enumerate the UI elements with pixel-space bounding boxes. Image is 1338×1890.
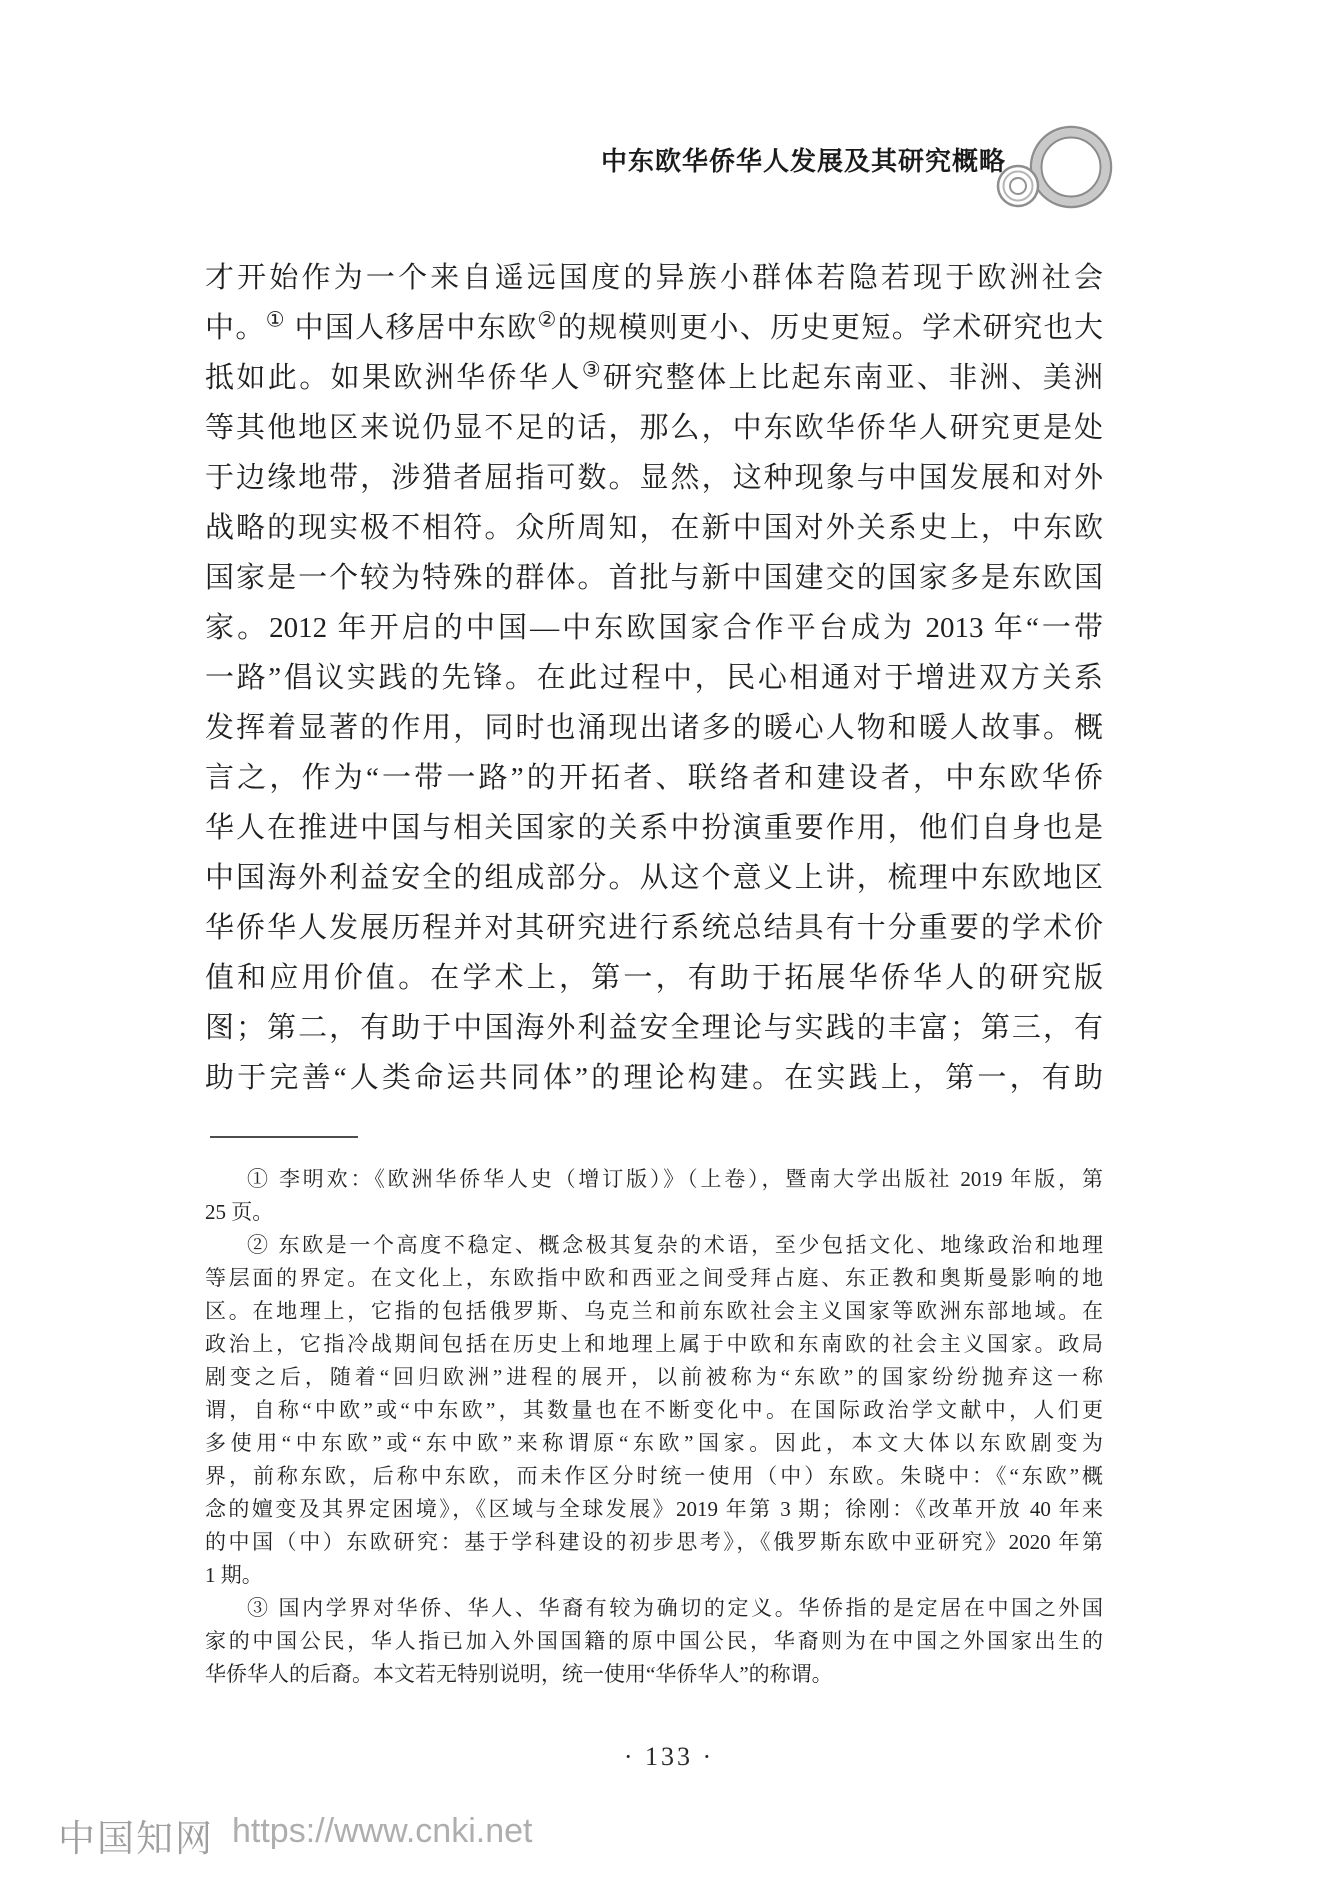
body-text-line: 助于完善“人类命运共同体”的理论构建。在实践上，第一，有助 (205, 1053, 1103, 1103)
footnote-marker: ② (538, 307, 558, 331)
decorative-circles-icon (985, 120, 1125, 225)
body-text-line: 发挥着显著的作用，同时也涌现出诸多的暖心人物和暖人故事。概 (205, 703, 1103, 753)
footnote-text-line: 谓，自称“中欧”或“中东欧”，其数量也在不断变化中。在国际政治学文献中，人们更 (205, 1394, 1103, 1427)
body-text-line: 才开始作为一个来自遥远国度的异族小群体若隐若现于欧洲社会 (205, 253, 1103, 303)
footnote-text-line: 的中国（中）东欧研究：基于学科建设的初步思考》，《俄罗斯东欧中亚研究》2020 … (205, 1526, 1103, 1559)
footnote-text-line: 华侨华人的后裔。本文若无特别说明，统一使用“华侨华人”的称谓。 (205, 1658, 1103, 1691)
footnote-marker: ① (266, 307, 286, 331)
footnote-text-line: 25 页。 (205, 1196, 1103, 1229)
footnote-text-line: 多使用“中东欧”或“东中欧”来称谓原“东欧”国家。因此，本文大体以东欧剧变为 (205, 1427, 1103, 1460)
footnote-1: ① 李明欢：《欧洲华侨华人史（增订版）》（上卷），暨南大学出版社 2019 年版… (205, 1163, 1103, 1229)
body-text-line: 一路”倡议实践的先锋。在此过程中，民心相通对于增进双方关系 (205, 653, 1103, 703)
body-text-line: 言之，作为“一带一路”的开拓者、联络者和建设者，中东欧华侨 (205, 753, 1103, 803)
page-header-title: 中东欧华侨华人发展及其研究概略 (601, 141, 1001, 178)
body-paragraph: 才开始作为一个来自遥远国度的异族小群体若隐若现于欧洲社会中。① 中国人移居中东欧… (205, 253, 1103, 1103)
body-text-line: 华人在推进中国与相关国家的关系中扮演重要作用，他们自身也是 (205, 803, 1103, 853)
footnote-text-line: 政治上，它指冷战期间包括在历史上和地理上属于中欧和东南欧的社会主义国家。政局 (205, 1328, 1103, 1361)
body-text-line: 中。① 中国人移居中东欧②的规模则更小、历史更短。学术研究也大 (205, 303, 1103, 353)
body-text-line: 图；第二，有助于中国海外利益安全理论与实践的丰富；第三，有 (205, 1003, 1103, 1053)
footnote-separator-rule (210, 1136, 358, 1138)
footnote-marker: ③ (582, 357, 603, 381)
footnote-3: ③ 国内学界对华侨、华人、华裔有较为确切的定义。华侨指的是定居在中国之外国家的中… (205, 1592, 1103, 1691)
footnote-text-line: 念的嬗变及其界定困境》，《区域与全球发展》2019 年第 3 期；徐刚：《改革开… (205, 1493, 1103, 1526)
footnote-text-line: 等层面的界定。在文化上，东欧指中欧和西亚之间受拜占庭、东正教和奥斯曼影响的地 (205, 1262, 1103, 1295)
footnote-text-line: 家的中国公民，华人指已加入外国国籍的原中国公民，华裔则为在中国之外国家出生的 (205, 1625, 1103, 1658)
document-page: 中东欧华侨华人发展及其研究概略 才开始作为一个来自遥远国度的异族小群体若隐若现于… (0, 0, 1338, 1890)
footnote-text-line: 区。在地理上，它指的包括俄罗斯、乌克兰和前东欧社会主义国家等欧洲东部地域。在 (205, 1295, 1103, 1328)
body-text-line: 抵如此。如果欧洲华侨华人③研究整体上比起东南亚、非洲、美洲 (205, 353, 1103, 403)
footnote-text-line: ① 李明欢：《欧洲华侨华人史（增订版）》（上卷），暨南大学出版社 2019 年版… (205, 1163, 1103, 1196)
body-text-line: 值和应用价值。在学术上，第一，有助于拓展华侨华人的研究版 (205, 953, 1103, 1003)
body-text-line: 中国海外利益安全的组成部分。从这个意义上讲，梳理中东欧地区 (205, 853, 1103, 903)
cnki-brand-label: 中国知网 (58, 1808, 214, 1862)
body-text-line: 于边缘地带，涉猎者屈指可数。显然，这种现象与中国发展和对外 (205, 453, 1103, 503)
cnki-url-link[interactable]: https://www.cnki.net (232, 1812, 532, 1851)
body-text-line: 战略的现实极不相符。众所周知，在新中国对外关系史上，中东欧 (205, 503, 1103, 553)
footnote-section: ① 李明欢：《欧洲华侨华人史（增订版）》（上卷），暨南大学出版社 2019 年版… (205, 1163, 1103, 1691)
body-text-line: 国家是一个较为特殊的群体。首批与新中国建交的国家多是东欧国 (205, 553, 1103, 603)
footnote-2: ② 东欧是一个高度不稳定、概念极其复杂的术语，至少包括文化、地缘政治和地理等层面… (205, 1229, 1103, 1592)
body-text-line: 等其他地区来说仍显不足的话，那么，中东欧华侨华人研究更是处 (205, 403, 1103, 453)
footnote-text-line: 界，前称东欧，后称中东欧，而未作区分时统一使用（中）东欧。朱晓中：《“东欧”概 (205, 1460, 1103, 1493)
body-text-line: 家。2012 年开启的中国—中东欧国家合作平台成为 2013 年“一带 (205, 603, 1103, 653)
page-number: · 133 · (0, 1742, 1338, 1772)
footnote-text-line: 1 期。 (205, 1559, 1103, 1592)
footnote-text-line: ③ 国内学界对华侨、华人、华裔有较为确切的定义。华侨指的是定居在中国之外国 (205, 1592, 1103, 1625)
body-text-line: 华侨华人发展历程并对其研究进行系统总结具有十分重要的学术价 (205, 903, 1103, 953)
footnote-text-line: ② 东欧是一个高度不稳定、概念极其复杂的术语，至少包括文化、地缘政治和地理 (205, 1229, 1103, 1262)
footnote-text-line: 剧变之后，随着“回归欧洲”进程的展开，以前被称为“东欧”的国家纷纷抛弃这一称 (205, 1361, 1103, 1394)
